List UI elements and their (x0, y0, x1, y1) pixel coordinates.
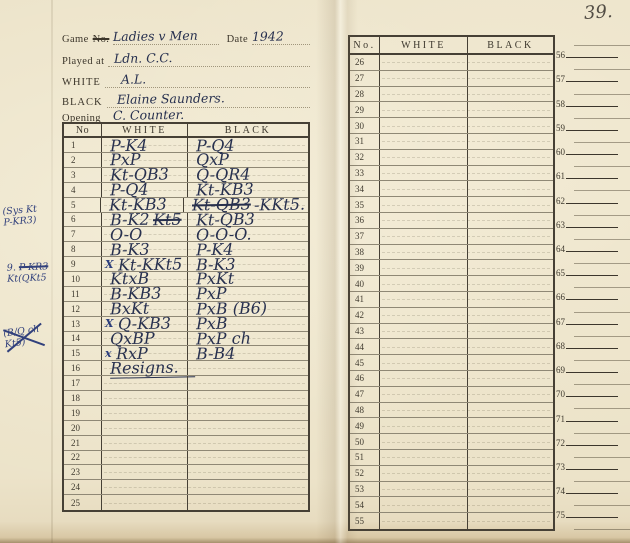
move-number: 1 (64, 138, 102, 152)
black-move-cell (468, 482, 553, 497)
margin-line-number: 58 (556, 100, 565, 109)
margin-blank-rule (556, 302, 630, 314)
margin-numbered-rule: 70 (556, 387, 630, 399)
margin-numbered-rule: 58 (556, 97, 630, 109)
margin-numbered-rule: 60 (556, 145, 630, 157)
black-move-cell (468, 166, 553, 181)
move-row: 29 (350, 102, 553, 118)
margin-blank-rule (556, 496, 630, 508)
white-move-cell (380, 229, 468, 244)
black-move-cell (188, 391, 308, 405)
move-number: 22 (64, 451, 102, 465)
move-number: 25 (64, 495, 102, 510)
white-move-cell (380, 403, 468, 418)
move-row: 45 (350, 355, 553, 371)
white-move-cell (102, 451, 188, 465)
white-move-cell (102, 406, 188, 420)
move-number: 8 (64, 242, 102, 256)
margin-numbered-rule: 74 (556, 484, 630, 496)
black-move-cell (468, 418, 553, 433)
white-move-cell (380, 197, 468, 212)
white-move-cell (380, 245, 468, 260)
margin-line (566, 493, 618, 494)
white-move-cell (380, 324, 468, 339)
white-move-cell (102, 465, 188, 479)
black-move-cell (468, 229, 553, 244)
margin-blank-line (574, 118, 630, 119)
move-number: 20 (64, 421, 102, 435)
right-table-rows: 2627282930313233343536373839404142434445… (350, 55, 553, 529)
white-move-cell (380, 166, 468, 181)
margin-blank-rule (556, 399, 630, 411)
black-value-line: Elaine Saunders. (107, 93, 310, 108)
move-row: 46 (350, 371, 553, 387)
move-row: 31 (350, 134, 553, 150)
move-row: 1P-K4P-Q4 (64, 138, 308, 153)
move-row: 28 (350, 87, 553, 103)
move-row: 10KtxBPxKt (64, 272, 308, 287)
margin-note-text: Kt5) (4, 337, 26, 351)
white-move-cell (380, 434, 468, 449)
move-row: 24 (64, 480, 308, 495)
move-row: 34 (350, 181, 553, 197)
move-row: 13XQ-KB3PxB (64, 317, 308, 332)
margin-numbered-rule: 59 (556, 121, 630, 133)
white-move-cell (102, 421, 188, 435)
margin-line-number: 65 (556, 269, 565, 278)
move-row: 54 (350, 497, 553, 513)
white-move-cell (380, 371, 468, 386)
book-gutter (316, 0, 358, 543)
white-move-cell (380, 450, 468, 465)
move-row: 43 (350, 324, 553, 340)
margin-line-number: 56 (556, 51, 565, 60)
black-move-cell (468, 339, 553, 354)
move-row: 6B-K2Kt5Kt-QB3 (64, 213, 308, 228)
move-number: 23 (64, 465, 102, 479)
white-move-cell (380, 418, 468, 433)
move-row: 17 (64, 376, 308, 391)
margin-line-number: 62 (556, 197, 565, 206)
margin-blank-line (574, 69, 630, 70)
margin-numbered-rule: 56 (556, 48, 630, 60)
margin-line (566, 445, 618, 446)
white-player-line: WHITE A.L. (62, 71, 310, 88)
black-move-cell (468, 260, 553, 275)
margin-line-number: 64 (556, 245, 565, 254)
move-row: 23 (64, 465, 308, 480)
margin-blank-line (574, 239, 630, 240)
margin-line-number: 66 (556, 293, 565, 302)
white-move-cell (380, 497, 468, 512)
black-move-cell (188, 465, 308, 479)
date-value: 1942 (252, 29, 284, 44)
margin-line (566, 396, 618, 397)
margin-blank-line (574, 312, 630, 313)
white-move-cell (380, 339, 468, 354)
move-row: 26 (350, 55, 553, 71)
played-at-value-line: Ldn. C.C. (108, 52, 310, 67)
move-row: 48 (350, 403, 553, 419)
margin-numbered-rule: 57 (556, 72, 630, 84)
move-row: 37 (350, 229, 553, 245)
move-row: 5Kt-KB3Kt-QB3-KKt5. (64, 198, 308, 213)
margin-line (566, 299, 618, 300)
margin-line-number: 74 (556, 487, 565, 496)
black-move-cell (468, 403, 553, 418)
black-move-cell (468, 245, 553, 260)
move-number: 21 (64, 436, 102, 450)
black-move-cell (188, 480, 308, 494)
white-move-cell (380, 102, 468, 117)
margin-blank-line (574, 360, 630, 361)
margin-note-text: P-KR3) (3, 215, 37, 229)
white-move-cell (380, 466, 468, 481)
margin-line (566, 130, 618, 131)
black-move-cell (468, 181, 553, 196)
margin-numbered-rule: 61 (556, 169, 630, 181)
move-row: 53 (350, 482, 553, 498)
move-number: 11 (64, 287, 102, 301)
black-move-cell (188, 361, 308, 375)
right-header-black: BLACK (468, 37, 553, 53)
margin-line-number: 59 (556, 124, 565, 133)
left-table-rows: 1P-K4P-Q42PxPQxP3Kt-QB3Q-QR44P-Q4Kt-KB35… (64, 138, 308, 510)
margin-blank-rule (556, 230, 630, 242)
move-row: 51 (350, 450, 553, 466)
continuation-margin-column: 5657585960616263646566676869707172737475 (556, 36, 630, 532)
move-number: 13 (64, 317, 102, 331)
margin-numbered-rule: 72 (556, 436, 630, 448)
white-move-cell (102, 436, 188, 450)
white-move-cell (380, 213, 468, 228)
move-row: 16Resigns. (64, 361, 308, 376)
move-row: 18 (64, 391, 308, 406)
white-move-cell (380, 181, 468, 196)
margin-numbered-rule: 75 (556, 508, 630, 520)
margin-blank-rule (556, 36, 630, 48)
margin-blank-rule (556, 424, 630, 436)
black-move-cell (468, 292, 553, 307)
margin-blank-rule (556, 472, 630, 484)
margin-numbered-rule: 66 (556, 290, 630, 302)
black-move-cell (468, 308, 553, 323)
black-move-cell (188, 451, 308, 465)
move-row: 22 (64, 451, 308, 466)
black-move-cell: B-B4 (188, 346, 308, 360)
white-move-cell (380, 292, 468, 307)
white-move-cell (380, 387, 468, 402)
move-number: 24 (64, 480, 102, 494)
move-number: 2 (64, 153, 102, 167)
move-text: B-B4 (196, 343, 236, 363)
move-row: 19 (64, 406, 308, 421)
black-move-cell (468, 466, 553, 481)
game-value: Ladies v Men (113, 28, 198, 44)
move-row: 7O-OO-O-O. (64, 227, 308, 242)
margin-line (566, 324, 618, 325)
black-move-cell (468, 387, 553, 402)
margin-line (566, 251, 618, 252)
move-row: 41 (350, 292, 553, 308)
margin-blank-rule (556, 133, 630, 145)
margin-blank-rule (556, 60, 630, 72)
margin-line (566, 348, 618, 349)
right-table-header: No. WHITE BLACK (350, 37, 553, 55)
margin-blank-line (574, 505, 630, 506)
margin-line (566, 154, 618, 155)
game-value-line: Ladies v Men (113, 30, 218, 45)
move-number: 19 (64, 406, 102, 420)
played-at-label: Played at (62, 56, 108, 67)
black-move-cell (188, 421, 308, 435)
black-move-cell (188, 436, 308, 450)
page-stub-edge (51, 0, 53, 543)
move-number: 18 (64, 391, 102, 405)
margin-blank-line (574, 45, 630, 46)
move-row: 8B-K3P-K4 (64, 242, 308, 257)
margin-line (566, 469, 618, 470)
white-move-cell (380, 355, 468, 370)
black-move-cell (468, 434, 553, 449)
margin-blank-rule (556, 206, 630, 218)
move-row: 50 (350, 434, 553, 450)
move-row: 21 (64, 436, 308, 451)
margin-line-number: 69 (556, 366, 565, 375)
margin-blank-line (574, 529, 630, 530)
black-move-cell (468, 118, 553, 133)
margin-blank-line (574, 190, 630, 191)
margin-line (566, 203, 618, 204)
margin-line (566, 106, 618, 107)
margin-blank-line (574, 215, 630, 216)
margin-numbered-rule: 65 (556, 266, 630, 278)
black-move-cell (468, 213, 553, 228)
black-move-cell (188, 406, 308, 420)
white-move-cell (380, 87, 468, 102)
date-label: Date (219, 34, 252, 45)
played-at-line: Played at Ldn. C.C. (62, 50, 310, 67)
game-no-label: No. (93, 34, 114, 45)
margin-line-number: 57 (556, 75, 565, 84)
left-header-no: No (64, 124, 102, 136)
white-move-cell: Resigns. (102, 361, 188, 375)
move-number: 6 (64, 213, 102, 227)
game-label: Game (62, 34, 93, 45)
margin-line-number: 73 (556, 463, 565, 472)
margin-blank-rule (556, 278, 630, 290)
black-move-cell (468, 87, 553, 102)
margin-line-number: 71 (556, 415, 565, 424)
margin-line (566, 275, 618, 276)
black-move-cell (188, 376, 308, 390)
margin-note-text: Kt(QKt5 (7, 272, 47, 284)
left-table-header: No WHITE BLACK (64, 124, 308, 138)
white-move-cell (380, 134, 468, 149)
move-text: Kt5 (152, 210, 181, 229)
chess-scorebook: Game No. Ladies v Men Date 1942 Played a… (0, 0, 630, 543)
move-row: 44 (350, 339, 553, 355)
black-move-cell: P-K4 (188, 242, 308, 256)
left-moves-table: No WHITE BLACK 1P-K4P-Q42PxPQxP3Kt-QB3Q-… (62, 122, 310, 512)
move-row: 20 (64, 421, 308, 436)
margin-blank-rule (556, 448, 630, 460)
margin-blank-rule (556, 351, 630, 363)
margin-line (566, 178, 618, 179)
margin-numbered-rule: 69 (556, 363, 630, 375)
move-row: 2PxPQxP (64, 153, 308, 168)
move-row: 30 (350, 118, 553, 134)
white-value-line: A.L. (105, 73, 310, 88)
white-player-value: A.L. (105, 71, 146, 87)
move-number: 4 (64, 183, 102, 197)
black-move-cell (468, 497, 553, 512)
opening-value: C. Counter. (105, 107, 184, 123)
margin-line (566, 421, 618, 422)
move-row: 32 (350, 150, 553, 166)
margin-line (566, 81, 618, 82)
white-label: WHITE (62, 77, 105, 88)
margin-blank-rule (556, 327, 630, 339)
margin-line (566, 517, 618, 518)
black-move-cell (468, 513, 553, 529)
black-player-line: BLACK Elaine Saunders. (62, 91, 310, 108)
move-number: 3 (64, 168, 102, 182)
page-number: 39. (583, 1, 613, 24)
move-row: 9XKt-KKt5B-K3 (64, 257, 308, 272)
black-move-cell (188, 495, 308, 510)
game-line: Game No. Ladies v Men Date 1942 (62, 28, 310, 45)
move-row: 39 (350, 260, 553, 276)
margin-line-number: 75 (556, 511, 565, 520)
margin-numbered-rule: 63 (556, 218, 630, 230)
margin-line-number: 70 (556, 390, 565, 399)
margin-blank-rule (556, 157, 630, 169)
margin-blank-line (574, 433, 630, 434)
margin-note-1: (Sys KtP-KR3) (2, 204, 38, 229)
black-move-cell (468, 371, 553, 386)
move-row: 47 (350, 387, 553, 403)
margin-line-number: 61 (556, 172, 565, 181)
black-move-cell (468, 134, 553, 149)
move-number: 10 (64, 272, 102, 286)
black-move-cell (468, 355, 553, 370)
margin-line-number: 68 (556, 342, 565, 351)
margin-line-number: 67 (556, 318, 565, 327)
black-move-cell (468, 71, 553, 86)
margin-blank-rule (556, 84, 630, 96)
move-number: 5 (64, 198, 101, 212)
white-move-cell (380, 55, 468, 70)
black-move-cell (468, 324, 553, 339)
move-number: 16 (64, 361, 102, 375)
right-header-white: WHITE (380, 37, 468, 53)
date-value-line: 1942 (252, 30, 310, 45)
margin-blank-line (574, 94, 630, 95)
margin-numbered-rule: 67 (556, 315, 630, 327)
black-player-value: Elaine Saunders. (106, 90, 224, 107)
white-move-cell (102, 376, 188, 390)
left-header-white: WHITE (102, 124, 188, 136)
left-header-black: BLACK (188, 124, 308, 136)
move-row: 11B-KB3PxP (64, 287, 308, 302)
margin-note-text: 9. (7, 262, 19, 273)
black-move-cell (468, 197, 553, 212)
black-move-cell (468, 276, 553, 291)
move-row: 35 (350, 197, 553, 213)
margin-blank-line (574, 263, 630, 264)
move-row: 52 (350, 466, 553, 482)
move-row: 36 (350, 213, 553, 229)
played-at-value: Ldn. C.C. (108, 50, 173, 66)
margin-numbered-rule: 71 (556, 411, 630, 423)
move-row: 40 (350, 276, 553, 292)
black-move-cell (468, 55, 553, 70)
margin-numbered-rule: 62 (556, 193, 630, 205)
white-move-cell (380, 118, 468, 133)
move-row: 25 (64, 495, 308, 510)
move-row: 33 (350, 166, 553, 182)
margin-line (566, 372, 618, 373)
move-row: 42 (350, 308, 553, 324)
margin-note-3: (B/Q chKt5) (3, 324, 42, 351)
margin-note-2: 9. P-KR3Kt(QKt5 (7, 261, 49, 284)
black-move-cell (468, 102, 553, 117)
margin-blank-rule (556, 181, 630, 193)
margin-blank-rule (556, 109, 630, 121)
move-number: 7 (64, 227, 102, 241)
white-move-cell (380, 482, 468, 497)
margin-blank-rule (556, 375, 630, 387)
move-row: 3Kt-QB3Q-QR4 (64, 168, 308, 183)
move-row: 12BxKtPxB (B6) (64, 302, 308, 317)
margin-blank-line (574, 384, 630, 385)
margin-blank-rule (556, 520, 630, 532)
move-row: 38 (350, 245, 553, 261)
margin-note-line: P-KR3) (3, 215, 38, 229)
move-row: 14QxBPPxP ch (64, 332, 308, 347)
white-move-cell (380, 308, 468, 323)
white-move-cell (102, 480, 188, 494)
margin-line-number: 63 (556, 221, 565, 230)
move-number: 17 (64, 376, 102, 390)
right-moves-table: No. WHITE BLACK 262728293031323334353637… (348, 35, 555, 531)
margin-blank-line (574, 287, 630, 288)
move-number: 9 (64, 257, 102, 271)
white-move-cell (380, 260, 468, 275)
white-move-cell (380, 513, 468, 529)
black-move-cell (468, 150, 553, 165)
white-move-cell (380, 150, 468, 165)
move-number: 14 (64, 332, 102, 346)
move-row: 55 (350, 513, 553, 529)
white-move-cell (102, 495, 188, 510)
margin-blank-line (574, 481, 630, 482)
white-move-cell (380, 71, 468, 86)
white-move-cell (102, 391, 188, 405)
margin-blank-line (574, 457, 630, 458)
margin-blank-line (574, 408, 630, 409)
margin-blank-line (574, 142, 630, 143)
margin-numbered-rule: 64 (556, 242, 630, 254)
move-row: 27 (350, 71, 553, 87)
margin-line (566, 227, 618, 228)
margin-numbered-rule: 68 (556, 339, 630, 351)
black-move-cell (468, 450, 553, 465)
margin-line-number: 60 (556, 148, 565, 157)
move-number: 15 (64, 346, 102, 360)
margin-numbered-rule: 73 (556, 460, 630, 472)
